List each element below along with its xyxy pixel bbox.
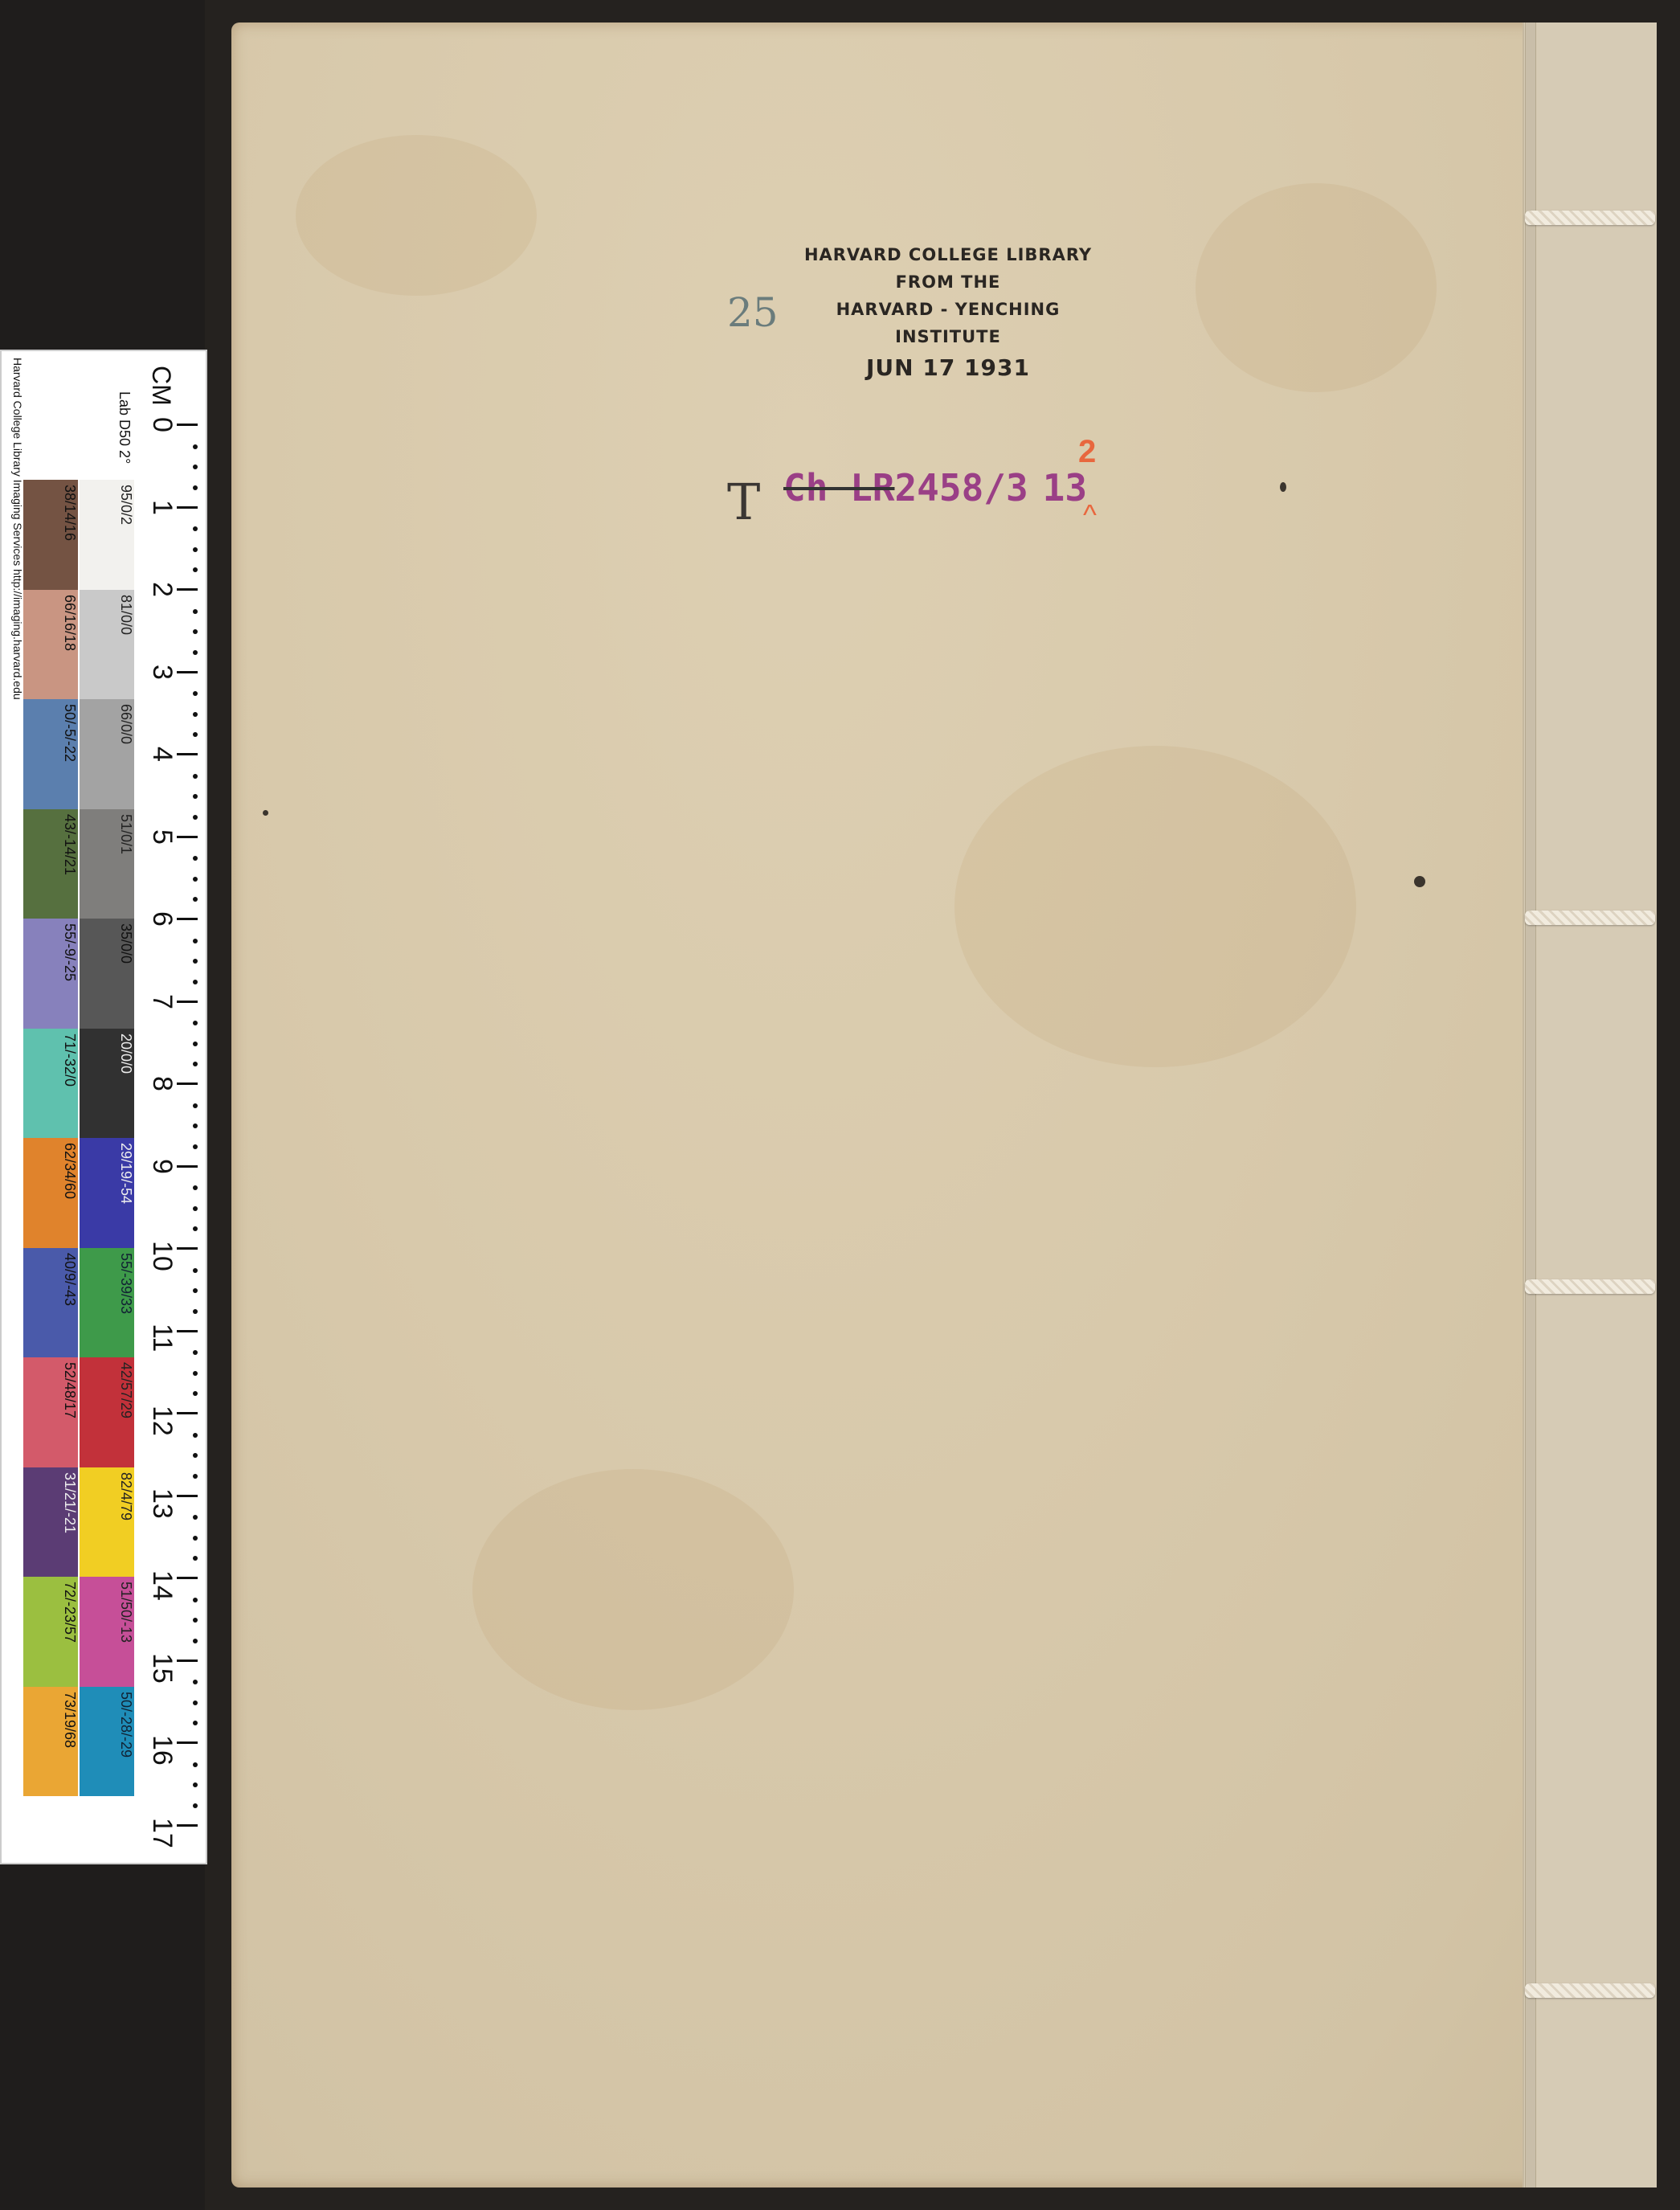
cover-spot — [1414, 876, 1425, 887]
color-patch: 51/0/1 — [80, 809, 134, 919]
color-patch: 82/4/79 — [80, 1467, 134, 1578]
ruler-dot — [193, 1103, 198, 1108]
ruler-dot — [193, 1639, 198, 1643]
ruler-dot — [193, 1598, 198, 1602]
color-patch: 43/-14/21 — [23, 809, 78, 919]
ruler-dot — [193, 980, 198, 984]
ruler-number: 3 — [146, 665, 178, 680]
color-patch: 35/0/0 — [80, 919, 134, 1029]
ruler-dot — [193, 1371, 198, 1376]
ruler-dot — [193, 794, 198, 799]
ruler-number: 7 — [146, 994, 178, 1009]
ruler-tick — [177, 1495, 198, 1497]
ruler-dot — [193, 1700, 198, 1705]
stain — [1196, 183, 1437, 392]
color-patch: 31/21/-21 — [23, 1467, 78, 1578]
ruler-number: 0 — [146, 417, 178, 432]
call-number-suffix: 13 — [1043, 466, 1087, 510]
color-patch: 50/-5/-22 — [23, 699, 78, 809]
stain — [954, 746, 1356, 1067]
ruler-dot — [193, 567, 198, 572]
color-patch: 71/-32/0 — [23, 1029, 78, 1139]
ruler-tick — [177, 1247, 198, 1250]
call-number-main: 2458/3 — [894, 466, 1028, 510]
color-patch: 50/-28/-29 — [80, 1687, 134, 1797]
accession-number: 25 — [727, 289, 779, 336]
binding-tie — [1525, 1279, 1655, 1294]
ruler-number: 17 — [146, 1818, 178, 1848]
ruler-number: 4 — [146, 747, 178, 762]
ruler-dot — [193, 1042, 198, 1046]
stamp-date: JUN 17 1931 — [795, 354, 1101, 381]
ruler-dot — [193, 815, 198, 820]
pencil-mark: T — [727, 473, 760, 531]
ruler-dot — [193, 732, 198, 737]
ruler-number: 14 — [146, 1570, 178, 1601]
ruler-number: 6 — [146, 911, 178, 927]
stain — [472, 1469, 794, 1710]
ruler-dot — [193, 609, 198, 614]
ruler-tick — [177, 1660, 198, 1662]
color-patch: 52/48/17 — [23, 1357, 78, 1467]
color-calibration-target: Harvard College Library Imaging Services… — [0, 350, 207, 1864]
ruler-dot — [193, 1782, 198, 1787]
cover-spot — [1280, 482, 1286, 492]
ruler-dot — [193, 1268, 198, 1273]
target-footer: Harvard College Library Imaging Services… — [5, 358, 24, 1161]
color-patch: 66/16/18 — [23, 590, 78, 700]
ruler-dot — [193, 1144, 198, 1149]
ruler-dot — [193, 1350, 198, 1355]
ruler-dot — [193, 1309, 198, 1314]
color-patch: 73/19/68 — [23, 1687, 78, 1797]
ruler-number: 1 — [146, 500, 178, 515]
ruler-number: 15 — [146, 1653, 178, 1684]
red-caret: ^ — [1083, 498, 1097, 532]
call-number-struck: Ch LR — [783, 466, 894, 510]
ruler-number: 8 — [146, 1076, 178, 1091]
ruler-tick — [177, 1824, 198, 1827]
ruler-tick — [177, 1577, 198, 1579]
ruler-number: 13 — [146, 1488, 178, 1519]
ruler-dot — [193, 774, 198, 779]
ruler-dot — [193, 959, 198, 964]
color-patch: 62/34/60 — [23, 1138, 78, 1248]
color-patch: 40/9/-43 — [23, 1248, 78, 1358]
ruler-dot — [193, 691, 198, 696]
spine-thread — [1525, 23, 1536, 2187]
ruler-number: 12 — [146, 1406, 178, 1436]
ruler-dot — [193, 485, 198, 490]
ruler-tick — [177, 1741, 198, 1744]
ruler-dot — [193, 629, 198, 634]
ruler-tick — [177, 671, 198, 673]
spine-flap — [1523, 23, 1657, 2187]
color-patch: 55/-39/33 — [80, 1248, 134, 1358]
ruler-tick — [177, 1082, 198, 1085]
ruler-tick — [177, 424, 198, 426]
lab-label: Lab D50 2° — [116, 391, 133, 464]
stain — [296, 135, 537, 296]
color-patch: 72/-23/57 — [23, 1577, 78, 1687]
color-patch: 66/0/0 — [80, 699, 134, 809]
stamp-line: INSTITUTE — [795, 327, 1101, 346]
ruler-dot — [193, 1536, 198, 1541]
color-patch: 95/0/2 — [80, 480, 134, 590]
ruler-dot — [193, 939, 198, 943]
ruler-dot — [193, 877, 198, 882]
ruler-dot — [193, 897, 198, 902]
binding-tie — [1525, 1983, 1655, 1998]
ruler-dot — [193, 465, 198, 469]
ruler-tick — [177, 1412, 198, 1414]
ruler-unit: CM — [146, 366, 176, 406]
color-patch: 55/-9/-25 — [23, 919, 78, 1029]
ruler-dot — [193, 650, 198, 655]
ruler-tick — [177, 506, 198, 509]
ruler-number: 5 — [146, 829, 178, 845]
ruler-dot — [193, 1062, 198, 1066]
binding-tie — [1525, 211, 1655, 225]
ruler-dot — [193, 1021, 198, 1025]
ruler-dot — [193, 1226, 198, 1231]
ruler-tick — [177, 1001, 198, 1003]
ruler-tick — [177, 1330, 198, 1332]
ruler-dot — [193, 712, 198, 717]
ruler-dot — [193, 1556, 198, 1561]
ruler-dot — [193, 1680, 198, 1684]
ruler-dot — [193, 1762, 198, 1767]
library-stamp: HARVARD COLLEGE LIBRARY FROM THE HARVARD… — [795, 245, 1101, 381]
ruler-number: 11 — [146, 1324, 178, 1352]
color-patch: 38/14/16 — [23, 480, 78, 590]
ruler-dot — [193, 526, 198, 531]
ruler-tick — [177, 918, 198, 920]
color-patch: 29/19/-54 — [80, 1138, 134, 1248]
stamp-line: FROM THE — [795, 272, 1101, 292]
ruler-dot — [193, 547, 198, 552]
ruler-tick — [177, 836, 198, 838]
ruler-tick — [177, 588, 198, 591]
ruler-dot — [193, 1618, 198, 1623]
binding-tie — [1525, 911, 1655, 925]
ruler-dot — [193, 856, 198, 861]
ruler-number: 16 — [146, 1735, 178, 1766]
ruler-tick — [177, 753, 198, 755]
ruler-dot — [193, 1515, 198, 1520]
ruler-number: 9 — [146, 1159, 178, 1174]
ruler-number: 10 — [146, 1241, 178, 1271]
ruler-dot — [193, 1721, 198, 1725]
stamp-line: HARVARD COLLEGE LIBRARY — [795, 245, 1101, 264]
call-number: Ch LR2458/313 — [783, 466, 1087, 510]
red-correction: 2 — [1078, 434, 1096, 470]
ruler-dot — [193, 1391, 198, 1396]
ruler-dot — [193, 1433, 198, 1438]
color-patch: 81/0/0 — [80, 590, 134, 700]
color-patch: 20/0/0 — [80, 1029, 134, 1139]
ruler-dot — [193, 1185, 198, 1190]
ruler-tick — [177, 1165, 198, 1168]
ruler-dot — [193, 1206, 198, 1211]
ruler-dot — [193, 1453, 198, 1458]
ruler-dot — [193, 1474, 198, 1479]
ruler-dot — [193, 1803, 198, 1808]
ruler-dot — [193, 1288, 198, 1293]
cover-spot — [263, 810, 268, 816]
ruler-dot — [193, 1123, 198, 1128]
ruler-number: 2 — [146, 582, 178, 597]
color-patch: 42/57/29 — [80, 1357, 134, 1467]
color-patch: 51/50/-13 — [80, 1577, 134, 1687]
ruler-dot — [193, 444, 198, 449]
stamp-line: HARVARD - YENCHING — [795, 300, 1101, 319]
